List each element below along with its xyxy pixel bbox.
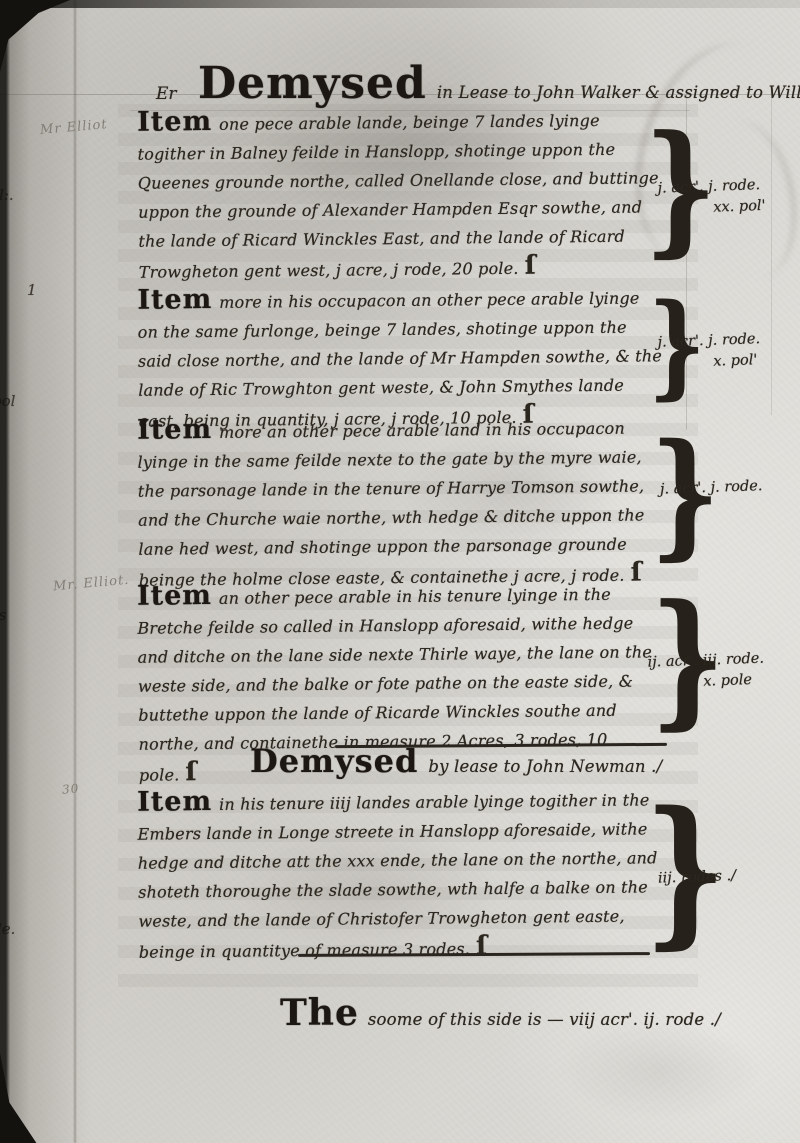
margin-note-30: 30 xyxy=(61,781,79,796)
item-entry-1: Itemone pece arable lande, beinge 7 land… xyxy=(137,105,664,286)
paragraph-flourish: ſ xyxy=(524,251,536,281)
scan-corner-dark-top-left xyxy=(0,0,70,72)
item-body-text: in his tenure iiij landes arable lyinge … xyxy=(137,790,657,961)
margin-note-edge-fragment: le. xyxy=(0,920,15,938)
item-body-text: one pece arable lande, beinge 7 landes l… xyxy=(137,111,658,282)
scan-edge-shadow-top xyxy=(0,0,800,8)
margin-note-numeral: 1 xyxy=(27,281,37,299)
margin-measure-item-4: ij. acr'. iij. rode. x. pole xyxy=(647,647,798,694)
paragraph-flourish: ſ xyxy=(476,931,488,961)
item-body-text: more in his occupacon an other pece arab… xyxy=(138,288,663,430)
measure-poles: xx. pol' xyxy=(713,194,800,218)
margin-note-edge-fragment: ls xyxy=(0,606,7,624)
manuscript-scan-page: Demysed in Lease to John Walker & assign… xyxy=(0,0,800,1143)
margin-note-mr-elliot-2: Mr. Elliot. xyxy=(52,573,130,595)
item-entry-3: Itemmore an other pece arable land in hi… xyxy=(137,413,664,594)
measure-poles: x. pol' xyxy=(713,348,800,372)
item-entry-5: Itemin his tenure iiij landes arable lyi… xyxy=(137,785,659,966)
measure-poles: x. pole xyxy=(703,668,799,692)
measure-acres-rodes: j. acr'. j. rode. xyxy=(657,177,760,197)
item-lead-word: Item xyxy=(137,419,212,441)
heading-initial-word: Demysed xyxy=(250,742,418,780)
section-heading-demysed-2: Demysed by lease to John Newman ./ xyxy=(250,742,662,781)
measure-acres-rodes: iij. rodes ./ xyxy=(658,868,737,887)
paragraph-flourish: ſ xyxy=(185,757,197,787)
margin-note-er: Er xyxy=(156,84,177,104)
heading-initial-word: Demysed xyxy=(198,58,427,109)
scan-edge-shadow-left xyxy=(0,0,90,1143)
margin-note-edge-fragment: pol xyxy=(0,392,15,410)
section-heading-demysed-1: Demysed in Lease to John Walker & assign… xyxy=(198,58,800,109)
item-body-text: more an other pece arable land in his oc… xyxy=(137,419,644,590)
measure-acres-rodes: ij. acr'. iij. rode. xyxy=(647,651,764,671)
margin-measure-item-2: j. acr'. j. rode. x. pol' xyxy=(657,327,800,374)
margin-note-mr-elliot-1: Mr Elliot xyxy=(39,117,108,138)
item-lead-word: Item xyxy=(137,791,212,813)
margin-note-edge-fragment: ol:. xyxy=(0,186,14,204)
margin-measure-item-3: j. acr'. j. rode. xyxy=(660,474,800,500)
item-entry-2: Itemmore in his occupacon an other pece … xyxy=(137,283,664,435)
margin-measure-item-5: iij. rodes ./ xyxy=(658,863,800,889)
item-lead-word: Item xyxy=(137,585,212,607)
item-lead-word: Item xyxy=(137,111,212,133)
page-fold-crease xyxy=(74,0,76,1143)
footer-sum-text: soome of this side is — viij acr'. ij. r… xyxy=(368,1005,721,1034)
margin-measure-item-1: j. acr'. j. rode. xx. pol' xyxy=(657,173,800,220)
measure-acres-rodes: j. acr'. j. rode. xyxy=(657,331,760,351)
footer-initial-word: The xyxy=(280,992,359,1034)
heading-text: by lease to John Newman ./ xyxy=(428,752,662,781)
page-sum-line: The soome of this side is — viij acr'. i… xyxy=(280,992,721,1034)
item-lead-word: Item xyxy=(137,289,212,311)
scan-corner-dark-bottom-left xyxy=(0,1053,52,1143)
measure-acres-rodes: j. acr'. j. rode. xyxy=(660,478,763,498)
heading-text: in Lease to John Walker & assigned to Wi… xyxy=(437,78,800,107)
ink-showthrough-blot xyxy=(560,1020,760,1120)
